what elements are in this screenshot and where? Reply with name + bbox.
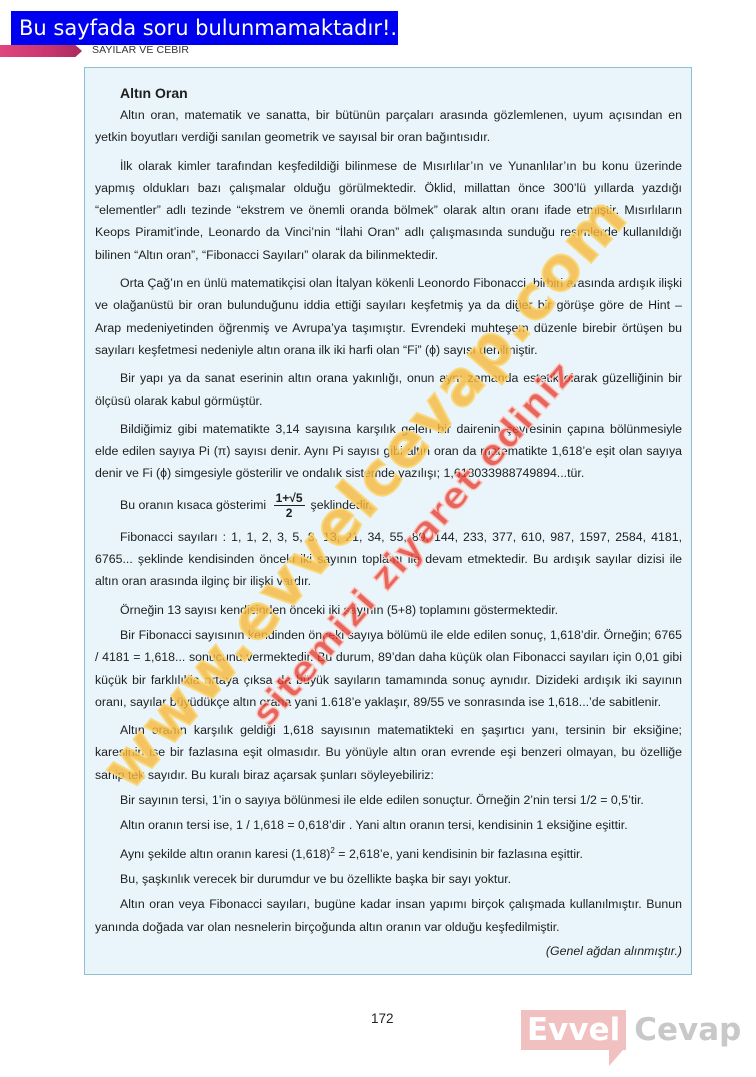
article-title: Altın Oran: [120, 85, 682, 101]
fraction-numerator: 1+√5: [274, 491, 305, 506]
paragraph: Altın oran veya Fibonacci sayıları, bugü…: [95, 893, 682, 938]
logo-evvel: Evvel: [521, 1010, 626, 1050]
section-label: SAYILAR VE CEBİR: [92, 44, 189, 56]
article-box: Altın Oran Altın oran, matematik ve sana…: [84, 67, 692, 975]
paragraph: Bir yapı ya da sanat eserinin altın oran…: [95, 367, 682, 412]
no-question-banner: Bu sayfada soru bulunmamaktadır!..: [11, 11, 398, 45]
paragraph: Bir Fibonacci sayısının kendinden önceki…: [95, 624, 682, 713]
paragraph: Altın oranın tersi ise, 1 / 1,618 = 0,61…: [95, 814, 682, 836]
square-prefix: Aynı şekilde altın oranın karesi (1,618): [120, 847, 330, 861]
formula-prefix: Bu oranın kısaca gösterimi: [120, 498, 270, 512]
section-accent-stripe: [0, 45, 82, 57]
formula-suffix: şeklindedir.: [311, 498, 373, 512]
paragraph: Bildiğimiz gibi matematikte 3,14 sayısın…: [95, 418, 682, 485]
paragraph: İlk olarak kimler tarafından keşfedildiğ…: [95, 155, 682, 266]
evvelcevap-logo: Evvel Cevap: [521, 1010, 741, 1050]
square-line: Aynı şekilde altın oranın karesi (1,618)…: [95, 840, 682, 865]
fraction-denominator: 2: [274, 506, 305, 520]
paragraph: Örneğin 13 sayısı kendisinden önceki iki…: [95, 599, 682, 621]
page-number: 172: [371, 1011, 394, 1026]
formula-line: Bu oranın kısaca gösterimi 1+√52şeklinde…: [95, 491, 682, 520]
logo-cevap: Cevap: [634, 1010, 741, 1050]
paragraph: Bu, şaşkınlık verecek bir durumdur ve bu…: [95, 868, 682, 890]
golden-ratio-fraction: 1+√52: [274, 491, 305, 520]
paragraph: Altın oran, matematik ve sanatta, bir bü…: [95, 104, 682, 149]
paragraph: Fibonacci sayıları : 1, 1, 2, 3, 5, 8, 1…: [95, 526, 682, 593]
square-suffix: = 2,618’e, yani kendisinin bir fazlasına…: [335, 847, 583, 861]
paragraph: Bir sayının tersi, 1’in o sayıya bölünme…: [95, 789, 682, 811]
paragraph: Altın oranın karşılık geldiği 1,618 sayı…: [95, 719, 682, 786]
paragraph: Orta Çağ’ın en ünlü matematikçisi olan İ…: [95, 272, 682, 361]
source-note: (Genel ağdan alınmıştır.): [95, 941, 682, 961]
